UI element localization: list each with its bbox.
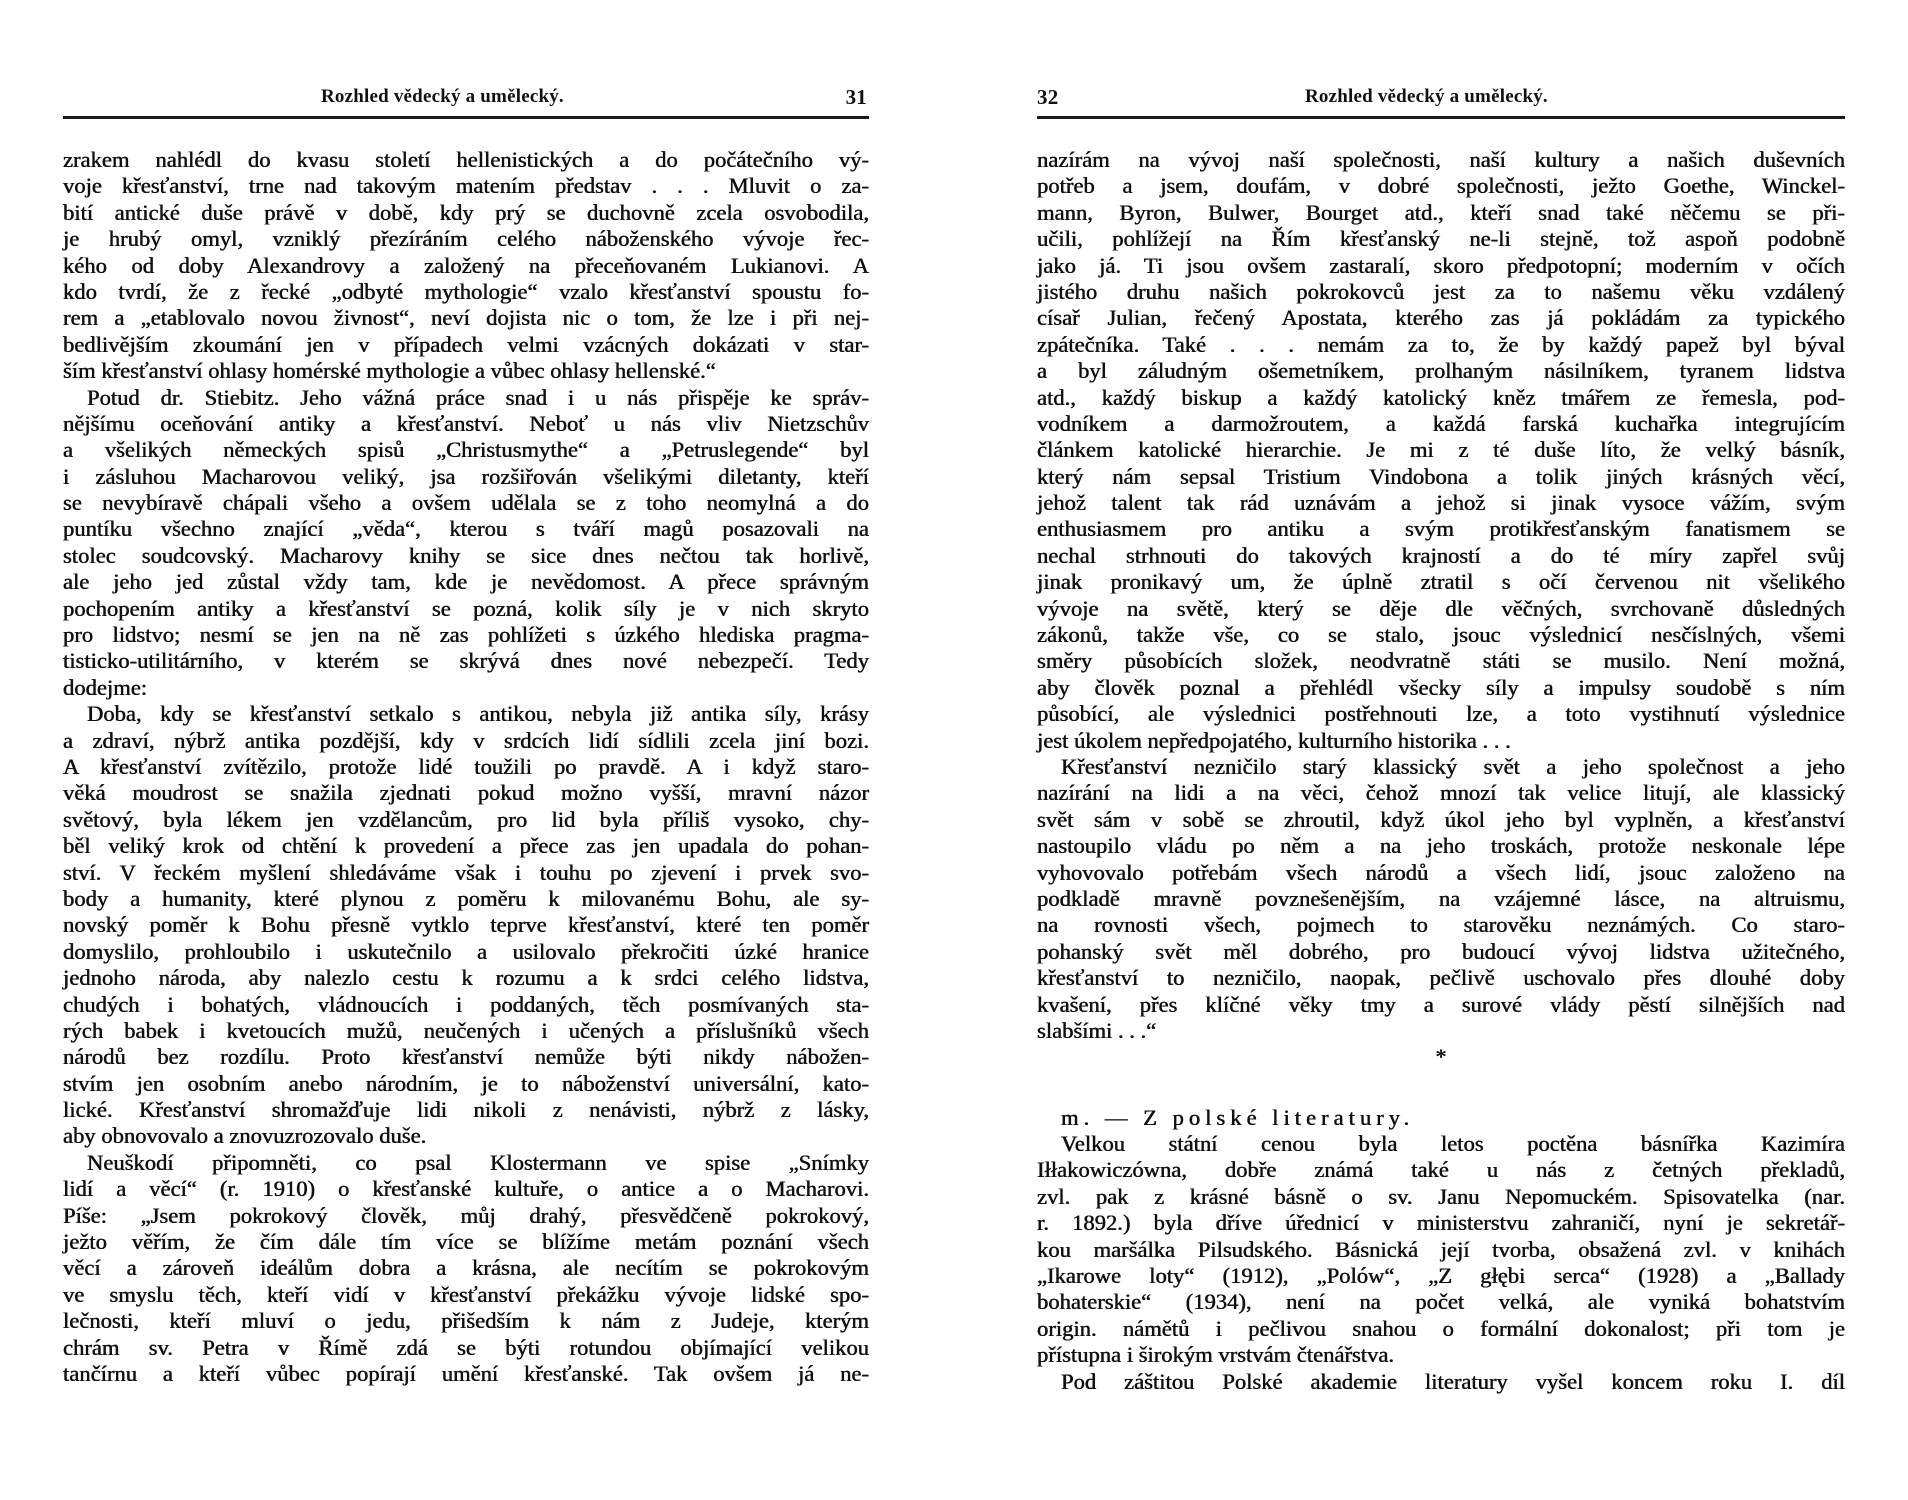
text-line: běl veliký krok od chtění k provedení a … <box>63 833 869 859</box>
text-line: Křesťanství nezničilo starý klassický sv… <box>1037 754 1845 780</box>
text-line: a všelikých německých spisů „Christusmyt… <box>63 437 869 463</box>
text-line: učili, pohlížejí na Řím křesťanský ne-li… <box>1037 226 1845 252</box>
text-line: dodejme: <box>63 675 869 701</box>
section-heading: m. — Z polské literatury. <box>1037 1105 1845 1131</box>
text-line: novský poměr k Bohu přesně vytklo teprve… <box>63 912 869 938</box>
text-line: Pod záštitou Polské akademie literatury … <box>1037 1369 1845 1395</box>
text-line: aby člověk poznal a přehlédl všecky síly… <box>1037 675 1845 701</box>
text-line: ježto věřím, že čím dále tím více se blí… <box>63 1229 869 1255</box>
text-line: vyhovovalo potřebám všech národů a všech… <box>1037 860 1845 886</box>
text-line: rých babek i kvetoucích mužů, neučených … <box>63 1018 869 1044</box>
page-number: 32 <box>1037 85 1058 110</box>
running-head: 32 Rozhled vědecký a umělecký. <box>1037 86 1845 110</box>
text-line: puntíku všechno znající „věda“, kterou s… <box>63 516 869 542</box>
text-line: nechal strhnouti do takových krajností a… <box>1037 543 1845 569</box>
text-line: podkladě mravně povznešenějším, na vzáje… <box>1037 886 1845 912</box>
text-line: tisticko-utilitárního, v kterém se skrýv… <box>63 648 869 674</box>
text-line: enthusiasmem pro antiku a svým protikřes… <box>1037 516 1845 542</box>
text-line: kého od doby Alexandrovy a založený na p… <box>63 253 869 279</box>
text-line: zvl. pak z krásné básně o sv. Janu Nepom… <box>1037 1184 1845 1210</box>
text-line: císař Julian, řečený Apostata, kterého z… <box>1037 305 1845 331</box>
text-line: Velkou státní cenou byla letos poctěna b… <box>1037 1131 1845 1157</box>
text-line: ve smyslu těch, kteří vidí v křesťanství… <box>63 1282 869 1308</box>
text-line: křesťanství to nezničilo, naopak, pečliv… <box>1037 965 1845 991</box>
text-line: mann, Byron, Bulwer, Bourget atd., kteří… <box>1037 200 1845 226</box>
page-number: 31 <box>846 85 867 110</box>
text-line: r. 1892.) byla dříve úřednicí v minister… <box>1037 1210 1845 1236</box>
text-line: body a humanity, které plynou z poměru k… <box>63 886 869 912</box>
section-separator-star: * <box>1037 1044 1845 1070</box>
text-line: směry působících složek, neodvratně stát… <box>1037 648 1845 674</box>
text-line: přístupna i širokým vrstvám čtenářstva. <box>1037 1342 1845 1368</box>
page-body-text: zrakem nahlédl do kvasu století hellenis… <box>63 147 869 1387</box>
text-line: Iłłakowiczówna, dobře známá také u nás z… <box>1037 1157 1845 1183</box>
text-line: pohanský svět měl dobrého, pro budoucí v… <box>1037 939 1845 965</box>
text-line: který nám sepsal Tristium Vindobona a to… <box>1037 464 1845 490</box>
text-line: ale jeho jed zůstal vždy tam, kde je nev… <box>63 569 869 595</box>
text-line: nějšímu oceňování antiky a křesťanství. … <box>63 411 869 437</box>
text-line: věká moudrost se snažila zjednati pokud … <box>63 780 869 806</box>
text-line: na rovnosti všech, pojmech to starověku … <box>1037 912 1845 938</box>
text-line: svět sám v sobě se zhroutil, když úkol j… <box>1037 807 1845 833</box>
text-line: článkem katolické hierarchie. Je mi z té… <box>1037 437 1845 463</box>
spacer <box>1037 1071 1845 1105</box>
text-line: stolec soudcovský. Macharovy knihy se si… <box>63 543 869 569</box>
running-head: Rozhled vědecký a umělecký. 31 <box>63 86 869 110</box>
text-line: zákonů, takže vše, co se stalo, jsouc vý… <box>1037 622 1845 648</box>
text-line: vodníkem a darmožroutem, a každá farská … <box>1037 411 1845 437</box>
text-line: slabšími . . .“ <box>1037 1018 1845 1044</box>
text-line: Potud dr. Stiebitz. Jeho vážná práce sna… <box>63 385 869 411</box>
text-line: A křesťanství zvítězilo, protože lidé to… <box>63 754 869 780</box>
text-line: zpátečníka. Také . . . nemám za to, že b… <box>1037 332 1845 358</box>
text-line: nastoupilo vládu po něm a na jeho troská… <box>1037 833 1845 859</box>
text-line: lické. Křesťanství shromažďuje lidi niko… <box>63 1097 869 1123</box>
text-line: světový, byla lékem jen vzdělancům, pro … <box>63 807 869 833</box>
text-line: jistého druhu našich pokrokovců jest za … <box>1037 279 1845 305</box>
text-line: jednoho národa, aby nalezlo cestu k rozu… <box>63 965 869 991</box>
text-line: domyslilo, prohloubilo i uskutečnilo a u… <box>63 939 869 965</box>
text-line: nazírání na lidi a na věci, čehož mnozí … <box>1037 780 1845 806</box>
text-line: stvím jen osobním anebo národním, je to … <box>63 1071 869 1097</box>
text-line: je hrubý omyl, vzniklý přezíráním celého… <box>63 226 869 252</box>
text-line: aby obnovovalo a znovuzrozovalo duše. <box>63 1123 869 1149</box>
text-line: bedlivějším zkoumání jen v případech vel… <box>63 332 869 358</box>
text-line: kou maršálka Pilsudského. Básnická její … <box>1037 1237 1845 1263</box>
text-line: i zásluhou Macharovou veliký, jsa rozšiř… <box>63 464 869 490</box>
text-line: atd., každý biskup a každý katolický kně… <box>1037 385 1845 411</box>
text-line: vývoje na světě, který se děje dle věčný… <box>1037 596 1845 622</box>
text-line: a zdraví, nýbrž antika pozdější, kdy v s… <box>63 728 869 754</box>
text-line: jinak pronikavý um, že úplně ztratil s o… <box>1037 569 1845 595</box>
text-line: bití antické duše právě v době, kdy prý … <box>63 200 869 226</box>
text-line: bohaterskie“ (1934), není na počet velká… <box>1037 1289 1845 1315</box>
text-line: pro lidstvo; nesmí se jen na ně zas pohl… <box>63 622 869 648</box>
text-line: zrakem nahlédl do kvasu století hellenis… <box>63 147 869 173</box>
text-line: rem a „etablovalo novou živnost“, neví d… <box>63 305 869 331</box>
text-line: jehož talent tak rád uznávám a jehož si … <box>1037 490 1845 516</box>
text-line: potřeb a jsem, doufám, v dobré společnos… <box>1037 173 1845 199</box>
text-line: kvašení, přes klíčné věky tmy a surové v… <box>1037 992 1845 1018</box>
running-head-title: Rozhled vědecký a umělecký. <box>321 86 564 108</box>
text-line: tančírnu a kteří vůbec popírají umění kř… <box>63 1361 869 1387</box>
text-line: origin. námětů i pečlivou snahou o formá… <box>1037 1316 1845 1342</box>
header-rule <box>1037 116 1845 119</box>
text-line: pochopením antiky a křesťanství se pozná… <box>63 596 869 622</box>
text-line: ství. V řeckém myšlení shledáváme však i… <box>63 860 869 886</box>
text-line: „Ikarowe loty“ (1912), „Polów“, „Z głębi… <box>1037 1263 1845 1289</box>
text-line: nazírám na vývoj naší společnosti, naší … <box>1037 147 1845 173</box>
text-line: Píše: „Jsem pokrokový člověk, můj drahý,… <box>63 1203 869 1229</box>
text-line: a byl záludným ošemetníkem, prolhaným ná… <box>1037 358 1845 384</box>
text-line: Doba, kdy se křesťanství setkalo s antik… <box>63 701 869 727</box>
text-line: ším křesťanství ohlasy homérské mytholog… <box>63 358 869 384</box>
page-body-text: nazírám na vývoj naší společnosti, naší … <box>1037 147 1845 1395</box>
header-rule <box>63 116 869 119</box>
text-line: se nevybíravě chápali všeho a ovšem uděl… <box>63 490 869 516</box>
running-head-title: Rozhled vědecký a umělecký. <box>1305 86 1548 108</box>
text-line: jest úkolem nepředpojatého, kulturního h… <box>1037 728 1845 754</box>
text-line: chrám sv. Petra v Římě zdá se býti rotun… <box>63 1335 869 1361</box>
text-line: věcí a zároveň ideálům dobra a krásna, a… <box>63 1255 869 1281</box>
text-line: lečnosti, kteří mluví o jedu, přišedším … <box>63 1308 869 1334</box>
text-line: chudých i bohatých, vládnoucích i poddan… <box>63 992 869 1018</box>
text-line: voje křesťanství, trne nad takovým maten… <box>63 173 869 199</box>
text-line: lidí a věcí“ (r. 1910) o křesťanské kult… <box>63 1176 869 1202</box>
text-line: jako já. Ti jsou ovšem zastaralí, skoro … <box>1037 253 1845 279</box>
text-line: Neuškodí připomněti, co psal Klostermann… <box>63 1150 869 1176</box>
text-line: národů bez rozdílu. Proto křesťanství ne… <box>63 1044 869 1070</box>
text-line: působící, ale výslednici postřehnouti lz… <box>1037 701 1845 727</box>
text-line: kdo tvrdí, že z řecké „odbyté mythologie… <box>63 279 869 305</box>
